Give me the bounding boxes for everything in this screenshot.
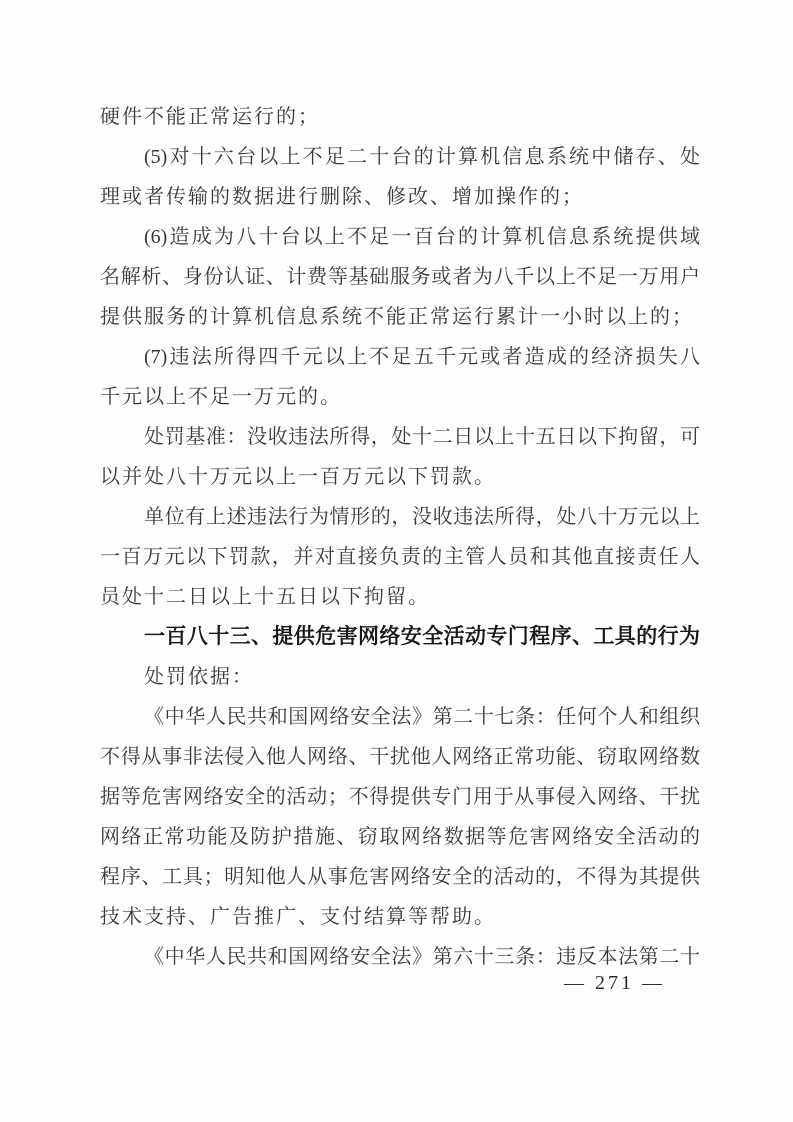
text-line: 以并处八十万元以上一百万元以下罚款。 [100,457,700,497]
text-line: (5)对十六台以上不足二十台的计算机信息系统中储存、处 [100,137,700,177]
text-line: 名解析、身份认证、计费等基础服务或者为八千以上不足一万用户 [100,257,700,297]
text-line: (7)违法所得四千元以上不足五千元或者造成的经济损失八 [100,337,700,377]
text-line: 处罚依据： [100,657,700,697]
text-line: 理或者传输的数据进行删除、修改、增加操作的； [100,177,700,217]
text-line: 不得从事非法侵入他人网络、干扰他人网络正常功能、窃取网络数 [100,737,700,777]
text-line: 千元以上不足一万元的。 [100,377,700,417]
text-line: 程序、工具；明知他人从事危害网络安全的活动的，不得为其提供 [100,857,700,897]
text-line: 单位有上述违法行为情形的，没收违法所得，处八十万元以上 [100,497,700,537]
text-line: 硬件不能正常运行的； [100,97,700,137]
text-line: 处罚基准：没收违法所得，处十二日以上十五日以下拘留，可 [100,417,700,457]
text-line: 提供服务的计算机信息系统不能正常运行累计一小时以上的； [100,297,700,337]
document-content: 硬件不能正常运行的；(5)对十六台以上不足二十台的计算机信息系统中储存、处理或者… [100,97,700,977]
text-line: 一百万元以下罚款，并对直接负责的主管人员和其他直接责任人 [100,537,700,577]
text-line: (6)造成为八十台以上不足一百台的计算机信息系统提供域 [100,217,700,257]
page-number: — 271 — [564,968,665,998]
text-line: 据等危害网络安全的活动；不得提供专门用于从事侵入网络、干扰 [100,777,700,817]
text-line: 员处十二日以上十五日以下拘留。 [100,577,700,617]
text-line: 网络正常功能及防护措施、窃取网络数据等危害网络安全活动的 [100,817,700,857]
text-line: 《中华人民共和国网络安全法》第二十七条：任何个人和组织 [100,697,700,737]
document-page: 硬件不能正常运行的；(5)对十六台以上不足二十台的计算机信息系统中储存、处理或者… [0,0,793,1122]
text-line: 技术支持、广告推广、支付结算等帮助。 [100,897,700,937]
section-heading: 一百八十三、提供危害网络安全活动专门程序、工具的行为 [100,617,700,657]
